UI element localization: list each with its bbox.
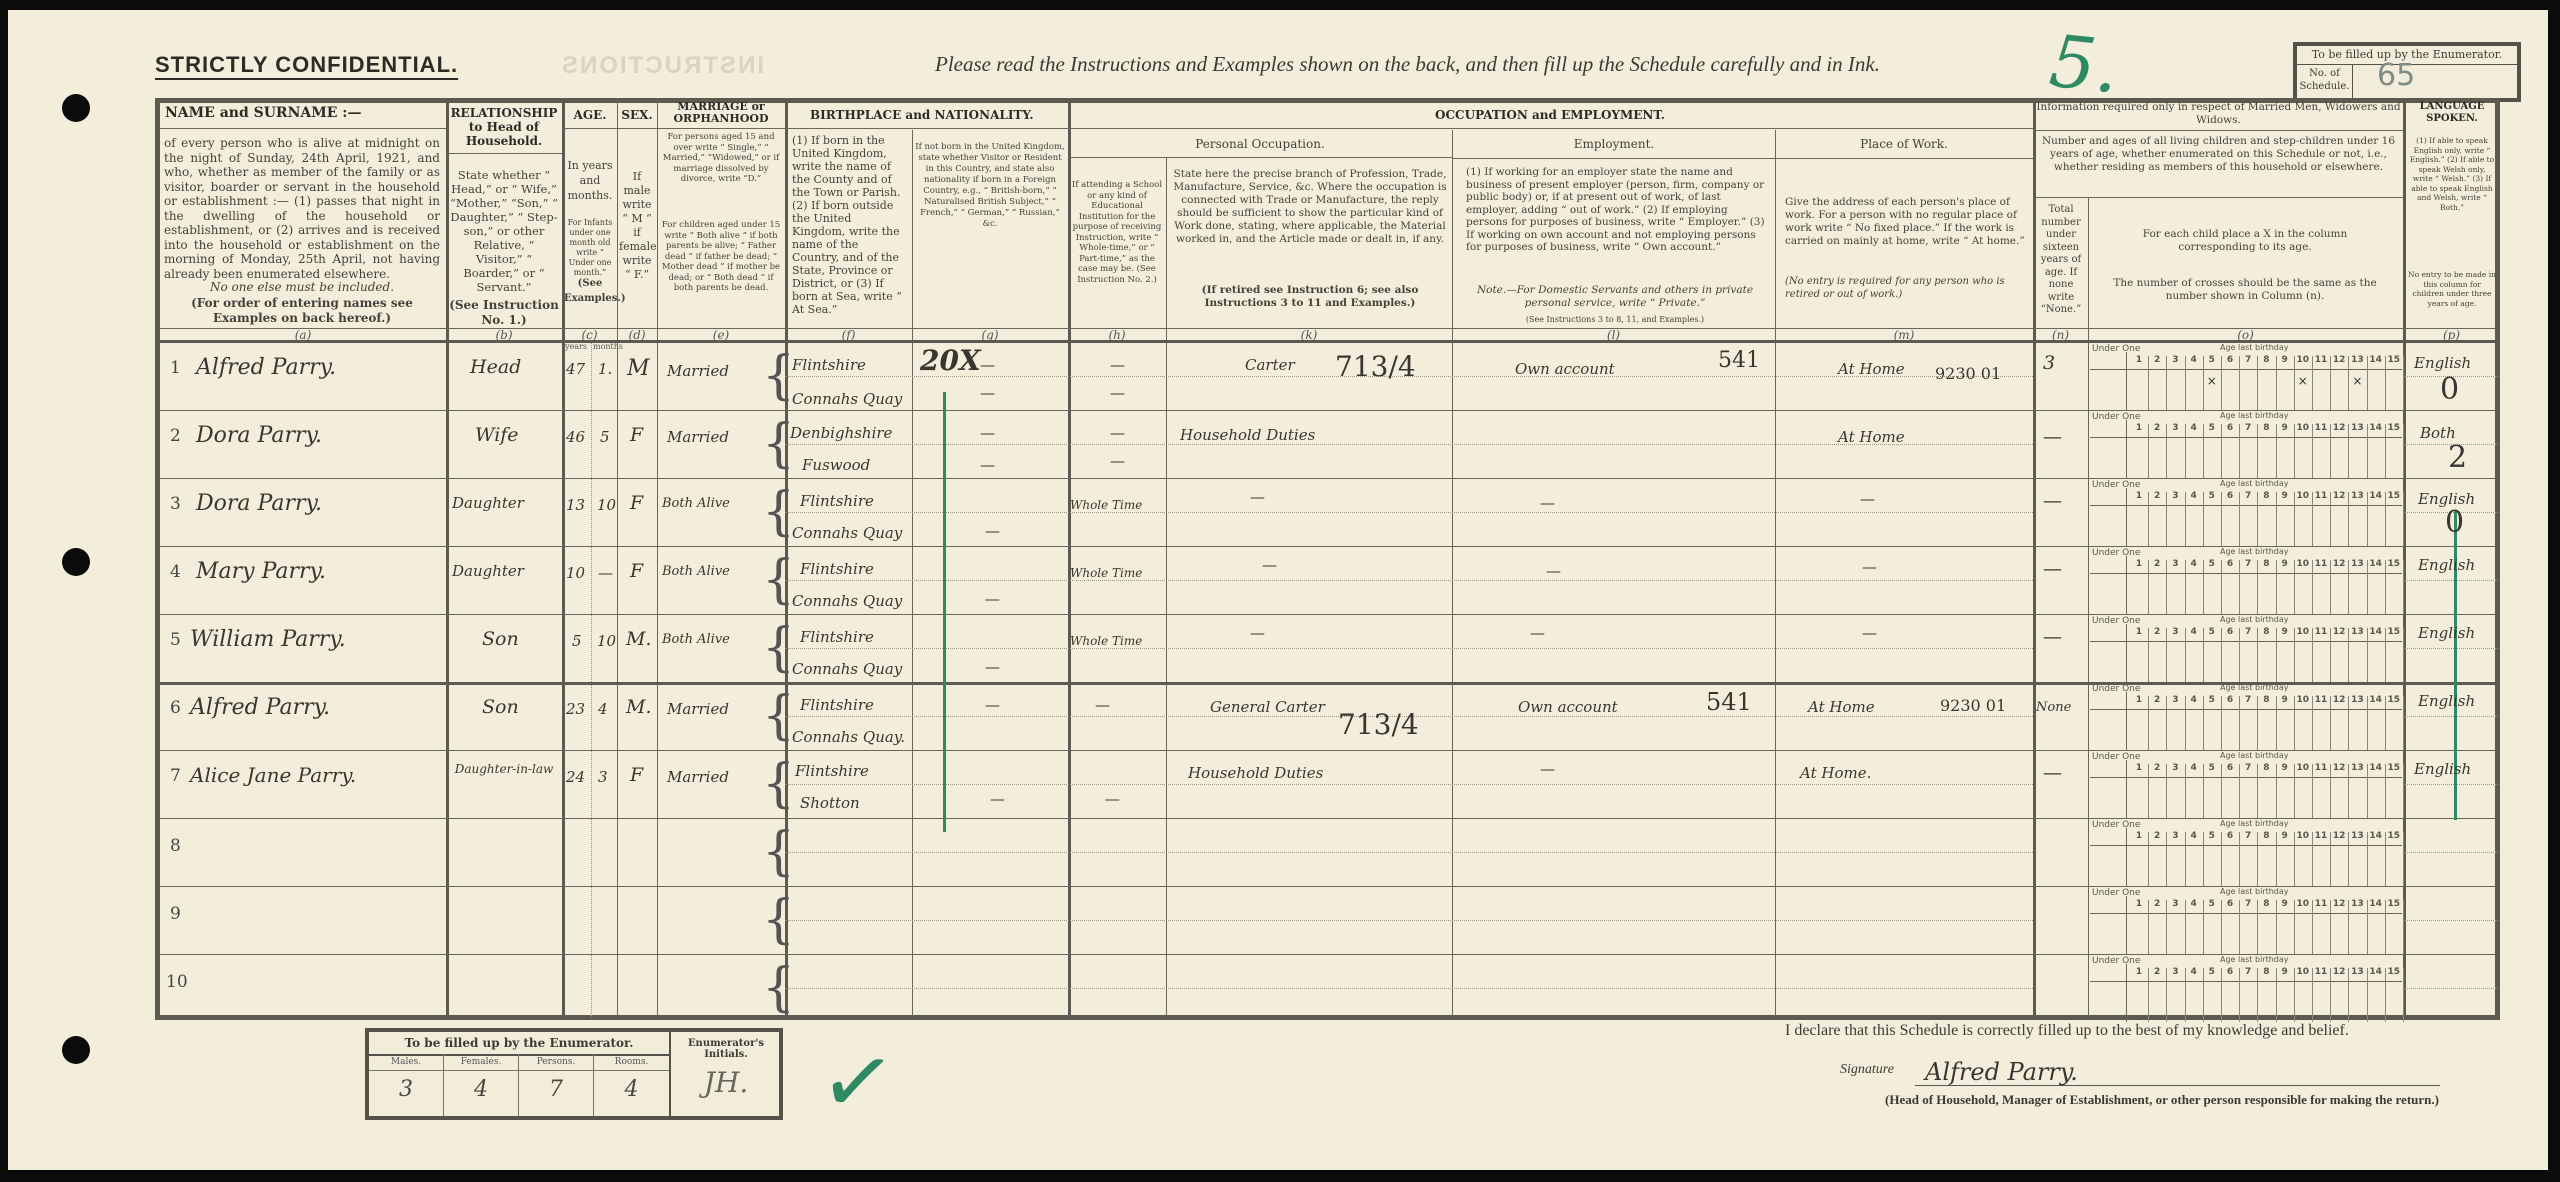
child-age-cross-mark: × bbox=[2352, 374, 2362, 388]
relationship: Head bbox=[470, 356, 521, 378]
half-line bbox=[2403, 784, 2498, 785]
age-column-label: 8 bbox=[2258, 899, 2274, 909]
age-column-label: 3 bbox=[2167, 899, 2183, 909]
child-age-cross-mark: × bbox=[2207, 374, 2217, 388]
age-column-label: 7 bbox=[2240, 423, 2256, 433]
age-last-birthday-label: Age last birthday bbox=[2220, 751, 2289, 760]
age-column-label: 1 bbox=[2131, 355, 2147, 365]
marital-status: Both Alive bbox=[662, 496, 730, 511]
age-column-label: 14 bbox=[2368, 355, 2384, 365]
age-column-label: 1 bbox=[2131, 491, 2147, 501]
age-column-label: 4 bbox=[2186, 627, 2202, 637]
age-years: 5 bbox=[572, 632, 582, 650]
employment: — bbox=[1540, 760, 1555, 778]
birth-county: Flintshire bbox=[792, 356, 866, 374]
birth-town: Fuswood bbox=[802, 456, 870, 474]
age-column-label: 10 bbox=[2295, 695, 2311, 705]
females-value: 4 bbox=[444, 1071, 518, 1102]
person-name: Mary Parry. bbox=[196, 559, 326, 584]
rooms-value: 4 bbox=[594, 1071, 669, 1102]
occupation: — bbox=[1250, 624, 1265, 642]
age-last-birthday-label: Age last birthday bbox=[2220, 887, 2289, 896]
females-cell: Females. 4 bbox=[444, 1054, 519, 1116]
age-column-label: 2 bbox=[2149, 763, 2165, 773]
language: English bbox=[2418, 692, 2475, 710]
schedule-number-value: 65 bbox=[2377, 58, 2415, 93]
age-grid-divider bbox=[2126, 556, 2127, 614]
age-last-birthday-label: Age last birthday bbox=[2220, 615, 2289, 624]
col-divider bbox=[1775, 130, 1776, 1018]
row-number: 3 bbox=[170, 494, 181, 514]
education: — bbox=[1105, 790, 1120, 808]
marital-status: Married bbox=[667, 428, 729, 446]
age-grid: Under OneAge last birthday12345678910111… bbox=[2090, 682, 2402, 750]
under-one-label: Under One bbox=[2092, 616, 2140, 626]
age-column-label: 15 bbox=[2386, 695, 2402, 705]
employment: — bbox=[1540, 494, 1555, 512]
persons-cell: Persons. 7 bbox=[519, 1054, 594, 1116]
age-last-birthday-label: Age last birthday bbox=[2220, 683, 2289, 692]
col-letter: (l) bbox=[1452, 328, 1775, 342]
col-b-body: State whether “ Head,” or “ Wife,” “Moth… bbox=[449, 168, 559, 294]
age-column-label: 13 bbox=[2349, 695, 2365, 705]
birth-county: Flintshire bbox=[795, 762, 869, 780]
col-l-footer: (See Instructions 3 to 8, 11, and Exampl… bbox=[1460, 312, 1770, 327]
sex: F bbox=[630, 560, 643, 582]
age-column-label: 14 bbox=[2368, 899, 2384, 909]
age-column-label: 4 bbox=[2186, 423, 2202, 433]
age-grid-line bbox=[2090, 913, 2402, 914]
age-column-label: 2 bbox=[2149, 491, 2165, 501]
age-column-label: 14 bbox=[2368, 763, 2384, 773]
age-grid: Under OneAge last birthday12345678910111… bbox=[2090, 410, 2402, 478]
relationship: Son bbox=[482, 696, 519, 718]
age-column-label: 6 bbox=[2222, 627, 2238, 637]
col-e-note: For children aged under 15 write “ Both … bbox=[660, 220, 782, 294]
age-subdivider bbox=[591, 342, 592, 1018]
employment-code: 541 bbox=[1706, 688, 1752, 716]
language: English bbox=[2414, 760, 2471, 778]
age-column-label: 1 bbox=[2131, 763, 2147, 773]
birth-town: Connahs Quay bbox=[792, 390, 902, 408]
age-column-label: 12 bbox=[2331, 627, 2347, 637]
age-column-label: 12 bbox=[2331, 491, 2347, 501]
age-column-label: 15 bbox=[2386, 967, 2402, 977]
marital-status: Married bbox=[667, 700, 729, 718]
age-column-label: 6 bbox=[2222, 491, 2238, 501]
age-grid-line bbox=[2090, 573, 2402, 574]
age-column-label: 9 bbox=[2277, 627, 2293, 637]
sex: F bbox=[630, 492, 643, 514]
age-column-label: 14 bbox=[2368, 967, 2384, 977]
age-column-label: 11 bbox=[2313, 763, 2329, 773]
col-c-note: For Infants under one month old write “ … bbox=[564, 218, 616, 278]
workplace: — bbox=[1860, 490, 1875, 508]
row-number: 2 bbox=[170, 426, 181, 446]
under-one-label: Under One bbox=[2092, 752, 2140, 762]
rooms-cell: Rooms. 4 bbox=[594, 1054, 669, 1116]
col-d-heading: SEX. bbox=[619, 108, 655, 123]
enumerator-totals-box: To be filled up by the Enumerator. Males… bbox=[365, 1028, 783, 1120]
age-column-label: 15 bbox=[2386, 627, 2402, 637]
age-column-label: 14 bbox=[2368, 695, 2384, 705]
age-column-label: 14 bbox=[2368, 491, 2384, 501]
age-grid-divider bbox=[2403, 832, 2404, 886]
nationality: — bbox=[980, 456, 995, 474]
age-column-label: 11 bbox=[2313, 423, 2329, 433]
brace: { bbox=[762, 622, 795, 674]
age-grid-line bbox=[2090, 641, 2402, 642]
birth-county: Flintshire bbox=[800, 696, 874, 714]
brace: { bbox=[762, 826, 795, 878]
age-column-label: 12 bbox=[2331, 831, 2347, 841]
occupation-code: 713/4 bbox=[1338, 708, 1419, 741]
age-months: — bbox=[598, 564, 613, 582]
birth-county: Flintshire bbox=[800, 560, 874, 578]
age-column-label: 1 bbox=[2131, 559, 2147, 569]
instruction-line: Please read the Instructions and Example… bbox=[935, 52, 1880, 77]
age-column-label: 5 bbox=[2204, 967, 2220, 977]
age-years: 10 bbox=[566, 564, 585, 582]
col-m-body: Give the address of each person's place … bbox=[1785, 196, 2025, 248]
birth-town: Shotton bbox=[800, 794, 860, 812]
header-line bbox=[2033, 197, 2403, 198]
age-column-label: 13 bbox=[2349, 355, 2365, 365]
education: — bbox=[1110, 356, 1125, 374]
col-l-body: (1) If working for an employer state the… bbox=[1466, 166, 1766, 254]
col-c-footer: (See Examples.) bbox=[564, 276, 616, 306]
age-column-label: 10 bbox=[2295, 559, 2311, 569]
age-months: 10 bbox=[597, 496, 616, 514]
age-column-label: 7 bbox=[2240, 967, 2256, 977]
col-letter: (f) bbox=[785, 328, 912, 342]
age-column-label: 13 bbox=[2349, 627, 2365, 637]
age-column-label: 8 bbox=[2258, 831, 2274, 841]
children-total: 3 bbox=[2043, 352, 2055, 374]
age-years: 23 bbox=[566, 700, 585, 718]
age-column-label: 9 bbox=[2277, 695, 2293, 705]
age-column-label: 12 bbox=[2331, 695, 2347, 705]
col-letter: (m) bbox=[1775, 328, 2033, 342]
col-g-body: If not born in the United Kingdom, state… bbox=[914, 142, 1066, 230]
col-o-body: For each child place a X in the column c… bbox=[2110, 228, 2380, 254]
under-one-label: Under One bbox=[2092, 956, 2140, 966]
age-column-label: 12 bbox=[2331, 763, 2347, 773]
language-code: 0 bbox=[2445, 505, 2464, 540]
birthplace-annotation: 20X bbox=[920, 344, 981, 377]
occupation: — bbox=[1262, 556, 1277, 574]
age-column-label: 11 bbox=[2313, 355, 2329, 365]
education: Whole Time bbox=[1070, 634, 1142, 648]
marital-status: Married bbox=[667, 768, 729, 786]
col-a-heading: NAME and SURNAME :— bbox=[165, 106, 425, 121]
age-column-label: 7 bbox=[2240, 559, 2256, 569]
occupation: Household Duties bbox=[1188, 764, 1323, 782]
header-line bbox=[1452, 158, 2033, 159]
header-line bbox=[2033, 130, 2403, 131]
birth-town: Connahs Quay bbox=[792, 592, 902, 610]
schedule-number-box: To be filled up by the Enumerator. No. o… bbox=[2293, 42, 2521, 102]
nationality: — bbox=[985, 590, 1000, 608]
half-line bbox=[785, 512, 2033, 513]
person-name: Alfred Parry. bbox=[196, 355, 336, 380]
col-letter: (e) bbox=[657, 328, 785, 342]
age-grid: Under OneAge last birthday12345678910111… bbox=[2090, 750, 2402, 818]
age-column-label: 9 bbox=[2277, 763, 2293, 773]
col-divider bbox=[2088, 197, 2089, 1018]
age-column-label: 7 bbox=[2240, 627, 2256, 637]
children-heading: Number and ages of all living children a… bbox=[2036, 135, 2401, 174]
age-column-label: 9 bbox=[2277, 355, 2293, 365]
age-column-label: 5 bbox=[2204, 355, 2220, 365]
age-column-label: 8 bbox=[2258, 355, 2274, 365]
employment: — bbox=[1530, 624, 1545, 642]
age-column-label: 11 bbox=[2313, 899, 2329, 909]
age-column-label: 9 bbox=[2277, 491, 2293, 501]
punch-hole bbox=[62, 548, 90, 576]
person-name: Alice Jane Parry. bbox=[190, 763, 356, 787]
col-k-heading: Personal Occupation. bbox=[1070, 137, 1450, 152]
age-grid-divider bbox=[2126, 352, 2127, 410]
under-one-label: Under One bbox=[2092, 344, 2140, 354]
green-check-line bbox=[943, 392, 946, 832]
age-column-label: 15 bbox=[2386, 355, 2402, 365]
age-grid-divider bbox=[2403, 628, 2404, 682]
age-column-label: 2 bbox=[2149, 831, 2165, 841]
age-grid: Under OneAge last birthday12345678910111… bbox=[2090, 478, 2402, 546]
children-total: — bbox=[2043, 426, 2062, 448]
workplace: At Home. bbox=[1800, 764, 1871, 782]
birth-county: Flintshire bbox=[800, 628, 874, 646]
age-column-label: 7 bbox=[2240, 355, 2256, 365]
workplace-code: 9230 01 bbox=[1940, 696, 2006, 715]
age-column-label: 5 bbox=[2204, 423, 2220, 433]
workplace: At Home bbox=[1808, 698, 1875, 716]
age-column-label: 5 bbox=[2204, 899, 2220, 909]
age-column-label: 8 bbox=[2258, 967, 2274, 977]
age-column-label: 3 bbox=[2167, 763, 2183, 773]
age-column-label: 13 bbox=[2349, 491, 2365, 501]
age-years: 13 bbox=[566, 496, 585, 514]
age-column-label: 1 bbox=[2131, 899, 2147, 909]
under-one-label: Under One bbox=[2092, 548, 2140, 558]
person-name: Dora Parry. bbox=[196, 423, 322, 448]
age-grid-divider bbox=[2403, 560, 2404, 614]
age-column-label: 1 bbox=[2131, 695, 2147, 705]
age-grid: Under OneAge last birthday12345678910111… bbox=[2090, 886, 2402, 954]
col-divider bbox=[617, 100, 618, 1018]
age-column-label: 4 bbox=[2186, 831, 2202, 841]
nationality: — bbox=[985, 696, 1000, 714]
males-label: Males. bbox=[369, 1054, 443, 1071]
header-line bbox=[446, 153, 562, 154]
header-line bbox=[160, 128, 446, 129]
age-years: 46 bbox=[566, 428, 585, 446]
age-column-label: 10 bbox=[2295, 967, 2311, 977]
half-line bbox=[2403, 580, 2498, 581]
relationship: Wife bbox=[475, 424, 519, 446]
age-column-label: 11 bbox=[2313, 491, 2329, 501]
rooms-label: Rooms. bbox=[594, 1054, 669, 1071]
row-number: 7 bbox=[170, 766, 181, 786]
age-column-label: 1 bbox=[2131, 967, 2147, 977]
col-o-note: The number of crosses should be the same… bbox=[2100, 277, 2390, 303]
age-grid-divider bbox=[2126, 964, 2127, 1022]
age-column-label: 4 bbox=[2186, 763, 2202, 773]
age-column-label: 10 bbox=[2295, 899, 2311, 909]
language: English bbox=[2418, 624, 2475, 642]
enumerator-initials-label: Enumerator's Initials. bbox=[671, 1032, 781, 1060]
age-column-label: 8 bbox=[2258, 559, 2274, 569]
under-one-label: Under One bbox=[2092, 820, 2140, 830]
age-column-label: 5 bbox=[2204, 559, 2220, 569]
age-years-label: years bbox=[565, 342, 587, 351]
occupation: Household Duties bbox=[1180, 426, 1315, 444]
age-column-label: 2 bbox=[2149, 627, 2165, 637]
under-one-label: Under One bbox=[2092, 412, 2140, 422]
col-letter: (c) bbox=[562, 328, 617, 342]
age-grid-divider bbox=[2126, 624, 2127, 682]
age-column-label: 6 bbox=[2222, 967, 2238, 977]
enumerator-initials-cell: Enumerator's Initials. JH. bbox=[669, 1032, 781, 1116]
age-grid-line bbox=[2090, 709, 2402, 710]
age-grid-divider bbox=[2126, 896, 2127, 954]
col-m-note: (No entry is required for any person who… bbox=[1785, 276, 2025, 301]
employment: Own account bbox=[1518, 698, 1618, 716]
green-check-icon: ✓ bbox=[813, 1025, 902, 1139]
employment: Own account bbox=[1515, 360, 1615, 378]
half-line bbox=[785, 580, 2033, 581]
age-column-label: 14 bbox=[2368, 423, 2384, 433]
age-column-label: 5 bbox=[2204, 763, 2220, 773]
occupation: General Carter bbox=[1210, 698, 1325, 716]
children-total: None bbox=[2036, 700, 2071, 715]
age-column-label: 9 bbox=[2277, 559, 2293, 569]
brace: { bbox=[762, 758, 795, 810]
age-grid: Under OneAge last birthday12345678910111… bbox=[2090, 818, 2402, 886]
age-grid-line bbox=[2090, 505, 2402, 506]
half-line bbox=[785, 988, 2033, 989]
age-grid-divider bbox=[2403, 764, 2404, 818]
age-column-label: 8 bbox=[2258, 491, 2274, 501]
page-title: STRICTLY CONFIDENTIAL. bbox=[155, 52, 458, 78]
age-column-label: 4 bbox=[2186, 491, 2202, 501]
col-b-footer: (See Instruction No. 1.) bbox=[449, 298, 559, 328]
age-column-label: 4 bbox=[2186, 559, 2202, 569]
age-column-label: 8 bbox=[2258, 695, 2274, 705]
row-number: 10 bbox=[166, 972, 188, 992]
age-column-label: 13 bbox=[2349, 423, 2365, 433]
under-one-label: Under One bbox=[2092, 684, 2140, 694]
age-column-label: 15 bbox=[2386, 899, 2402, 909]
brace: { bbox=[762, 486, 795, 538]
col-a-body: of every person who is alive at midnight… bbox=[164, 136, 440, 281]
age-column-label: 2 bbox=[2149, 695, 2165, 705]
relationship: Daughter bbox=[452, 562, 524, 580]
person-name: William Parry. bbox=[190, 627, 346, 652]
col-a-footer: (For order of entering names see Example… bbox=[164, 296, 440, 326]
half-line bbox=[2403, 648, 2498, 649]
birth-town: Connahs Quay bbox=[792, 660, 902, 678]
sex: F bbox=[630, 424, 643, 446]
half-line bbox=[2403, 716, 2498, 717]
age-column-label: 6 bbox=[2222, 355, 2238, 365]
workplace: At Home bbox=[1838, 360, 1905, 378]
brace: { bbox=[762, 690, 795, 742]
occupation-code: 713/4 bbox=[1335, 350, 1416, 383]
birthplace-heading: BIRTHPLACE and NATIONALITY. bbox=[790, 108, 1085, 123]
col-letter: (g) bbox=[912, 328, 1068, 342]
age-column-label: 13 bbox=[2349, 831, 2365, 841]
age-months: 5 bbox=[600, 428, 610, 446]
age-last-birthday-label: Age last birthday bbox=[2220, 819, 2289, 828]
education: Whole Time bbox=[1070, 566, 1142, 580]
age-grid-divider bbox=[2403, 900, 2404, 954]
age-column-label: 10 bbox=[2295, 423, 2311, 433]
nationality: — bbox=[980, 356, 995, 374]
enumerator-totals-header: To be filled up by the Enumerator. bbox=[369, 1032, 669, 1056]
age-months: 10 bbox=[597, 632, 616, 650]
education: Whole Time bbox=[1070, 498, 1142, 512]
age-column-label: 7 bbox=[2240, 695, 2256, 705]
birth-town: Connahs Quay bbox=[792, 524, 902, 542]
row-number: 6 bbox=[170, 698, 181, 718]
relationship: Son bbox=[482, 628, 519, 650]
schedule-annotation: 5. bbox=[2046, 19, 2123, 110]
age-column-label: 2 bbox=[2149, 559, 2165, 569]
col-letter: (o) bbox=[2088, 328, 2403, 342]
age-column-label: 1 bbox=[2131, 831, 2147, 841]
age-column-label: 7 bbox=[2240, 763, 2256, 773]
age-grid: Under OneAge last birthday12345678910111… bbox=[2090, 614, 2402, 682]
age-last-birthday-label: Age last birthday bbox=[2220, 547, 2289, 556]
age-column-label: 9 bbox=[2277, 967, 2293, 977]
age-months: 3 bbox=[598, 768, 608, 786]
age-grid-divider bbox=[2126, 692, 2127, 750]
age-column-label: 8 bbox=[2258, 763, 2274, 773]
age-column-label: 5 bbox=[2204, 831, 2220, 841]
col-b-heading: RELATIONSHIP to Head of Household. bbox=[449, 106, 559, 148]
age-column-label: 15 bbox=[2386, 559, 2402, 569]
sex: M. bbox=[626, 628, 652, 650]
age-years: 24 bbox=[566, 768, 585, 786]
col-p-heading: LANGUAGE SPOKEN. bbox=[2406, 101, 2498, 125]
age-column-label: 14 bbox=[2368, 831, 2384, 841]
col-letter: (a) bbox=[160, 328, 446, 342]
half-line bbox=[785, 920, 2033, 921]
education: — bbox=[1110, 424, 1125, 442]
age-column-label: 3 bbox=[2167, 695, 2183, 705]
half-line bbox=[2403, 852, 2498, 853]
col-p-body: (1) If able to speak English only, write… bbox=[2408, 136, 2496, 212]
age-months: 4 bbox=[598, 700, 608, 718]
age-column-label: 9 bbox=[2277, 423, 2293, 433]
education: — bbox=[1110, 384, 1125, 402]
education: — bbox=[1095, 696, 1110, 714]
schedule-number-label: No. of Schedule. bbox=[2297, 64, 2353, 98]
punch-hole bbox=[62, 94, 90, 122]
workplace: — bbox=[1862, 558, 1877, 576]
col-letter: (n) bbox=[2033, 328, 2088, 342]
age-grid-divider bbox=[2403, 356, 2404, 410]
col-l-heading: Employment. bbox=[1454, 137, 1774, 152]
col-d-body: If male write “ M ” if female write “ F.… bbox=[619, 170, 655, 282]
age-column-label: 6 bbox=[2222, 899, 2238, 909]
age-column-label: 14 bbox=[2368, 627, 2384, 637]
age-column-label: 10 bbox=[2295, 355, 2311, 365]
col-divider bbox=[1452, 130, 1453, 1018]
sex: M bbox=[627, 356, 650, 381]
